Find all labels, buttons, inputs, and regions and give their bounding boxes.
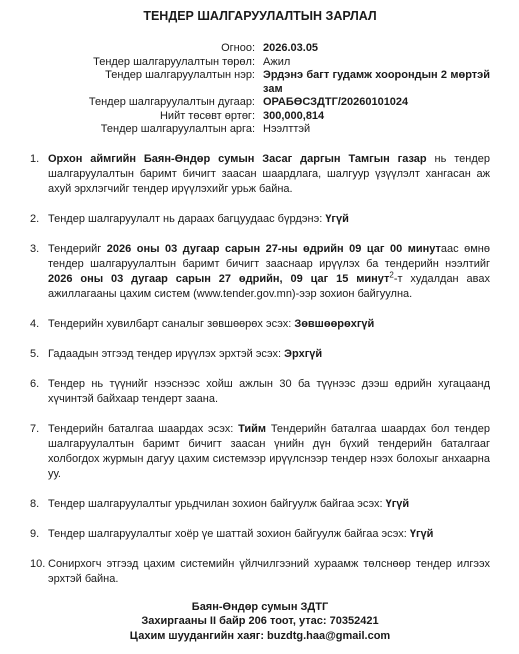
field-label: Тендер шалгаруулалтын нэр:	[30, 69, 255, 83]
list-item-7: 7. Тендерийн баталгаа шаардах эсэх: Тийм…	[30, 422, 490, 482]
document-footer: Баян-Өндөр сумын ЗДТГ Захиргааны II байр…	[30, 600, 490, 644]
item-text: Тендер шалгаруулалтыг хоёр үе шаттай зох…	[48, 527, 490, 542]
field-label: Тендер шалгаруулалтын төрөл:	[30, 56, 255, 70]
item-number: 3.	[30, 242, 48, 302]
item-text: Орхон аймгийн Баян-Өндөр сумын Засаг дар…	[48, 152, 490, 197]
field-label: Нийт төсөвт өртөг:	[30, 110, 255, 124]
meta-row-budget: Нийт төсөвт өртөг: 300,000,814	[30, 110, 490, 124]
item-text: Тендерийг 2026 оны 03 дугаар сарын 27-ны…	[48, 242, 490, 302]
field-label: Огноо:	[30, 42, 255, 56]
item-number: 2.	[30, 212, 48, 227]
meta-row-number: Тендер шалгаруулалтын дугаар: ОРАБӨСЗДТГ…	[30, 96, 490, 110]
item-number: 7.	[30, 422, 48, 482]
field-label: Тендер шалгаруулалтын арга:	[30, 123, 255, 137]
meta-row-type: Тендер шалгаруулалтын төрөл: Ажил	[30, 56, 490, 70]
meta-row-method: Тендер шалгаруулалтын арга: Нээлттэй	[30, 123, 490, 137]
item-number: 9.	[30, 527, 48, 542]
text-segment: Тендер нь түүнийг нээснээс хойш ажлын 30…	[48, 378, 490, 405]
field-value: Ажил	[263, 56, 490, 70]
text-segment: Тендер шалгаруулалт нь дараах багцуудаас…	[48, 213, 325, 225]
field-value: Нээлттэй	[263, 123, 490, 137]
text-segment: Эрхгүй	[284, 348, 322, 360]
item-number: 10.	[30, 557, 48, 587]
item-text: Тендерийн баталгаа шаардах эсэх: Тийм Те…	[48, 422, 490, 482]
text-segment: Гадаадын этгээд тендер ирүүлэх эрхтэй эс…	[48, 348, 284, 360]
footer-address-phone: Захиргааны II байр 206 тоот, утас: 70352…	[30, 614, 490, 629]
text-segment: Сонирхогч этгээд цахим системийн үйлчилг…	[48, 558, 490, 585]
item-number: 5.	[30, 347, 48, 362]
item-number: 8.	[30, 497, 48, 512]
text-segment: Үгүй	[325, 213, 349, 225]
list-item-8: 8. Тендер шалгаруулалтыг урьдчилан зохио…	[30, 497, 490, 512]
item-number: 4.	[30, 317, 48, 332]
list-item-10: 10. Сонирхогч этгээд цахим системийн үйл…	[30, 557, 490, 587]
page-title: ТЕНДЕР ШАЛГАРУУЛАЛТЫН ЗАРЛАЛ	[30, 8, 490, 24]
field-label: Тендер шалгаруулалтын дугаар:	[30, 96, 255, 110]
text-segment: 2026 оны 03 дугаар сарын 27 өдрийн, 09 ц…	[48, 273, 389, 285]
text-segment: 2026 оны 03 дугаар сарын 27-ны өдрийн 09…	[107, 243, 441, 255]
footer-email: Цахим шуудангийн хаяг: buzdtg.haa@gmail.…	[30, 629, 490, 644]
field-value: Эрдэнэ багт гудамж хоорондын 2 мөртэй за…	[263, 69, 490, 96]
text-segment: Үгүй	[386, 498, 410, 510]
item-text: Тендер шалгаруулалт нь дараах багцуудаас…	[48, 212, 490, 227]
text-segment: Зөвшөөрөхгүй	[294, 318, 374, 330]
text-segment: Тендер шалгаруулалтыг урьдчилан зохион б…	[48, 498, 386, 510]
footer-organization: Баян-Өндөр сумын ЗДТГ	[30, 600, 490, 615]
numbered-list: 1. Орхон аймгийн Баян-Өндөр сумын Засаг …	[30, 152, 490, 587]
item-number: 6.	[30, 377, 48, 407]
text-segment: Тендерийн баталгаа шаардах эсэх:	[48, 423, 238, 435]
field-value: 300,000,814	[263, 110, 490, 124]
meta-row-name: Тендер шалгаруулалтын нэр: Эрдэнэ багт г…	[30, 69, 490, 96]
list-item-3: 3. Тендерийг 2026 оны 03 дугаар сарын 27…	[30, 242, 490, 302]
item-text: Тендер шалгаруулалтыг урьдчилан зохион б…	[48, 497, 490, 512]
field-value: ОРАБӨСЗДТГ/20260101024	[263, 96, 490, 110]
list-item-9: 9. Тендер шалгаруулалтыг хоёр үе шаттай …	[30, 527, 490, 542]
item-number: 1.	[30, 152, 48, 197]
text-segment: Орхон аймгийн Баян-Өндөр сумын Засаг дар…	[48, 153, 427, 165]
text-segment: Тийм	[238, 423, 266, 435]
list-item-2: 2. Тендер шалгаруулалт нь дараах багцууд…	[30, 212, 490, 227]
item-text: Тендерийн хувилбарт саналыг зөвшөөрөх эс…	[48, 317, 490, 332]
list-item-6: 6. Тендер нь түүнийг нээснээс хойш ажлын…	[30, 377, 490, 407]
list-item-5: 5. Гадаадын этгээд тендер ирүүлэх эрхтэй…	[30, 347, 490, 362]
item-text: Тендер нь түүнийг нээснээс хойш ажлын 30…	[48, 377, 490, 407]
text-segment: Тендерийг	[48, 243, 107, 255]
text-segment: Тендер шалгаруулалтыг хоёр үе шаттай зох…	[48, 528, 410, 540]
text-segment: Тендерийн хувилбарт саналыг зөвшөөрөх эс…	[48, 318, 294, 330]
field-value: 2026.03.05	[263, 42, 490, 56]
item-text: Сонирхогч этгээд цахим системийн үйлчилг…	[48, 557, 490, 587]
item-text: Гадаадын этгээд тендер ирүүлэх эрхтэй эс…	[48, 347, 490, 362]
list-item-4: 4. Тендерийн хувилбарт саналыг зөвшөөрөх…	[30, 317, 490, 332]
tender-announcement-document: ТЕНДЕР ШАЛГАРУУЛАЛТЫН ЗАРЛАЛ Огноо: 2026…	[0, 0, 519, 654]
text-segment: Үгүй	[410, 528, 434, 540]
meta-table: Огноо: 2026.03.05 Тендер шалгаруулалтын …	[30, 42, 490, 137]
list-item-1: 1. Орхон аймгийн Баян-Өндөр сумын Засаг …	[30, 152, 490, 197]
meta-row-date: Огноо: 2026.03.05	[30, 42, 490, 56]
